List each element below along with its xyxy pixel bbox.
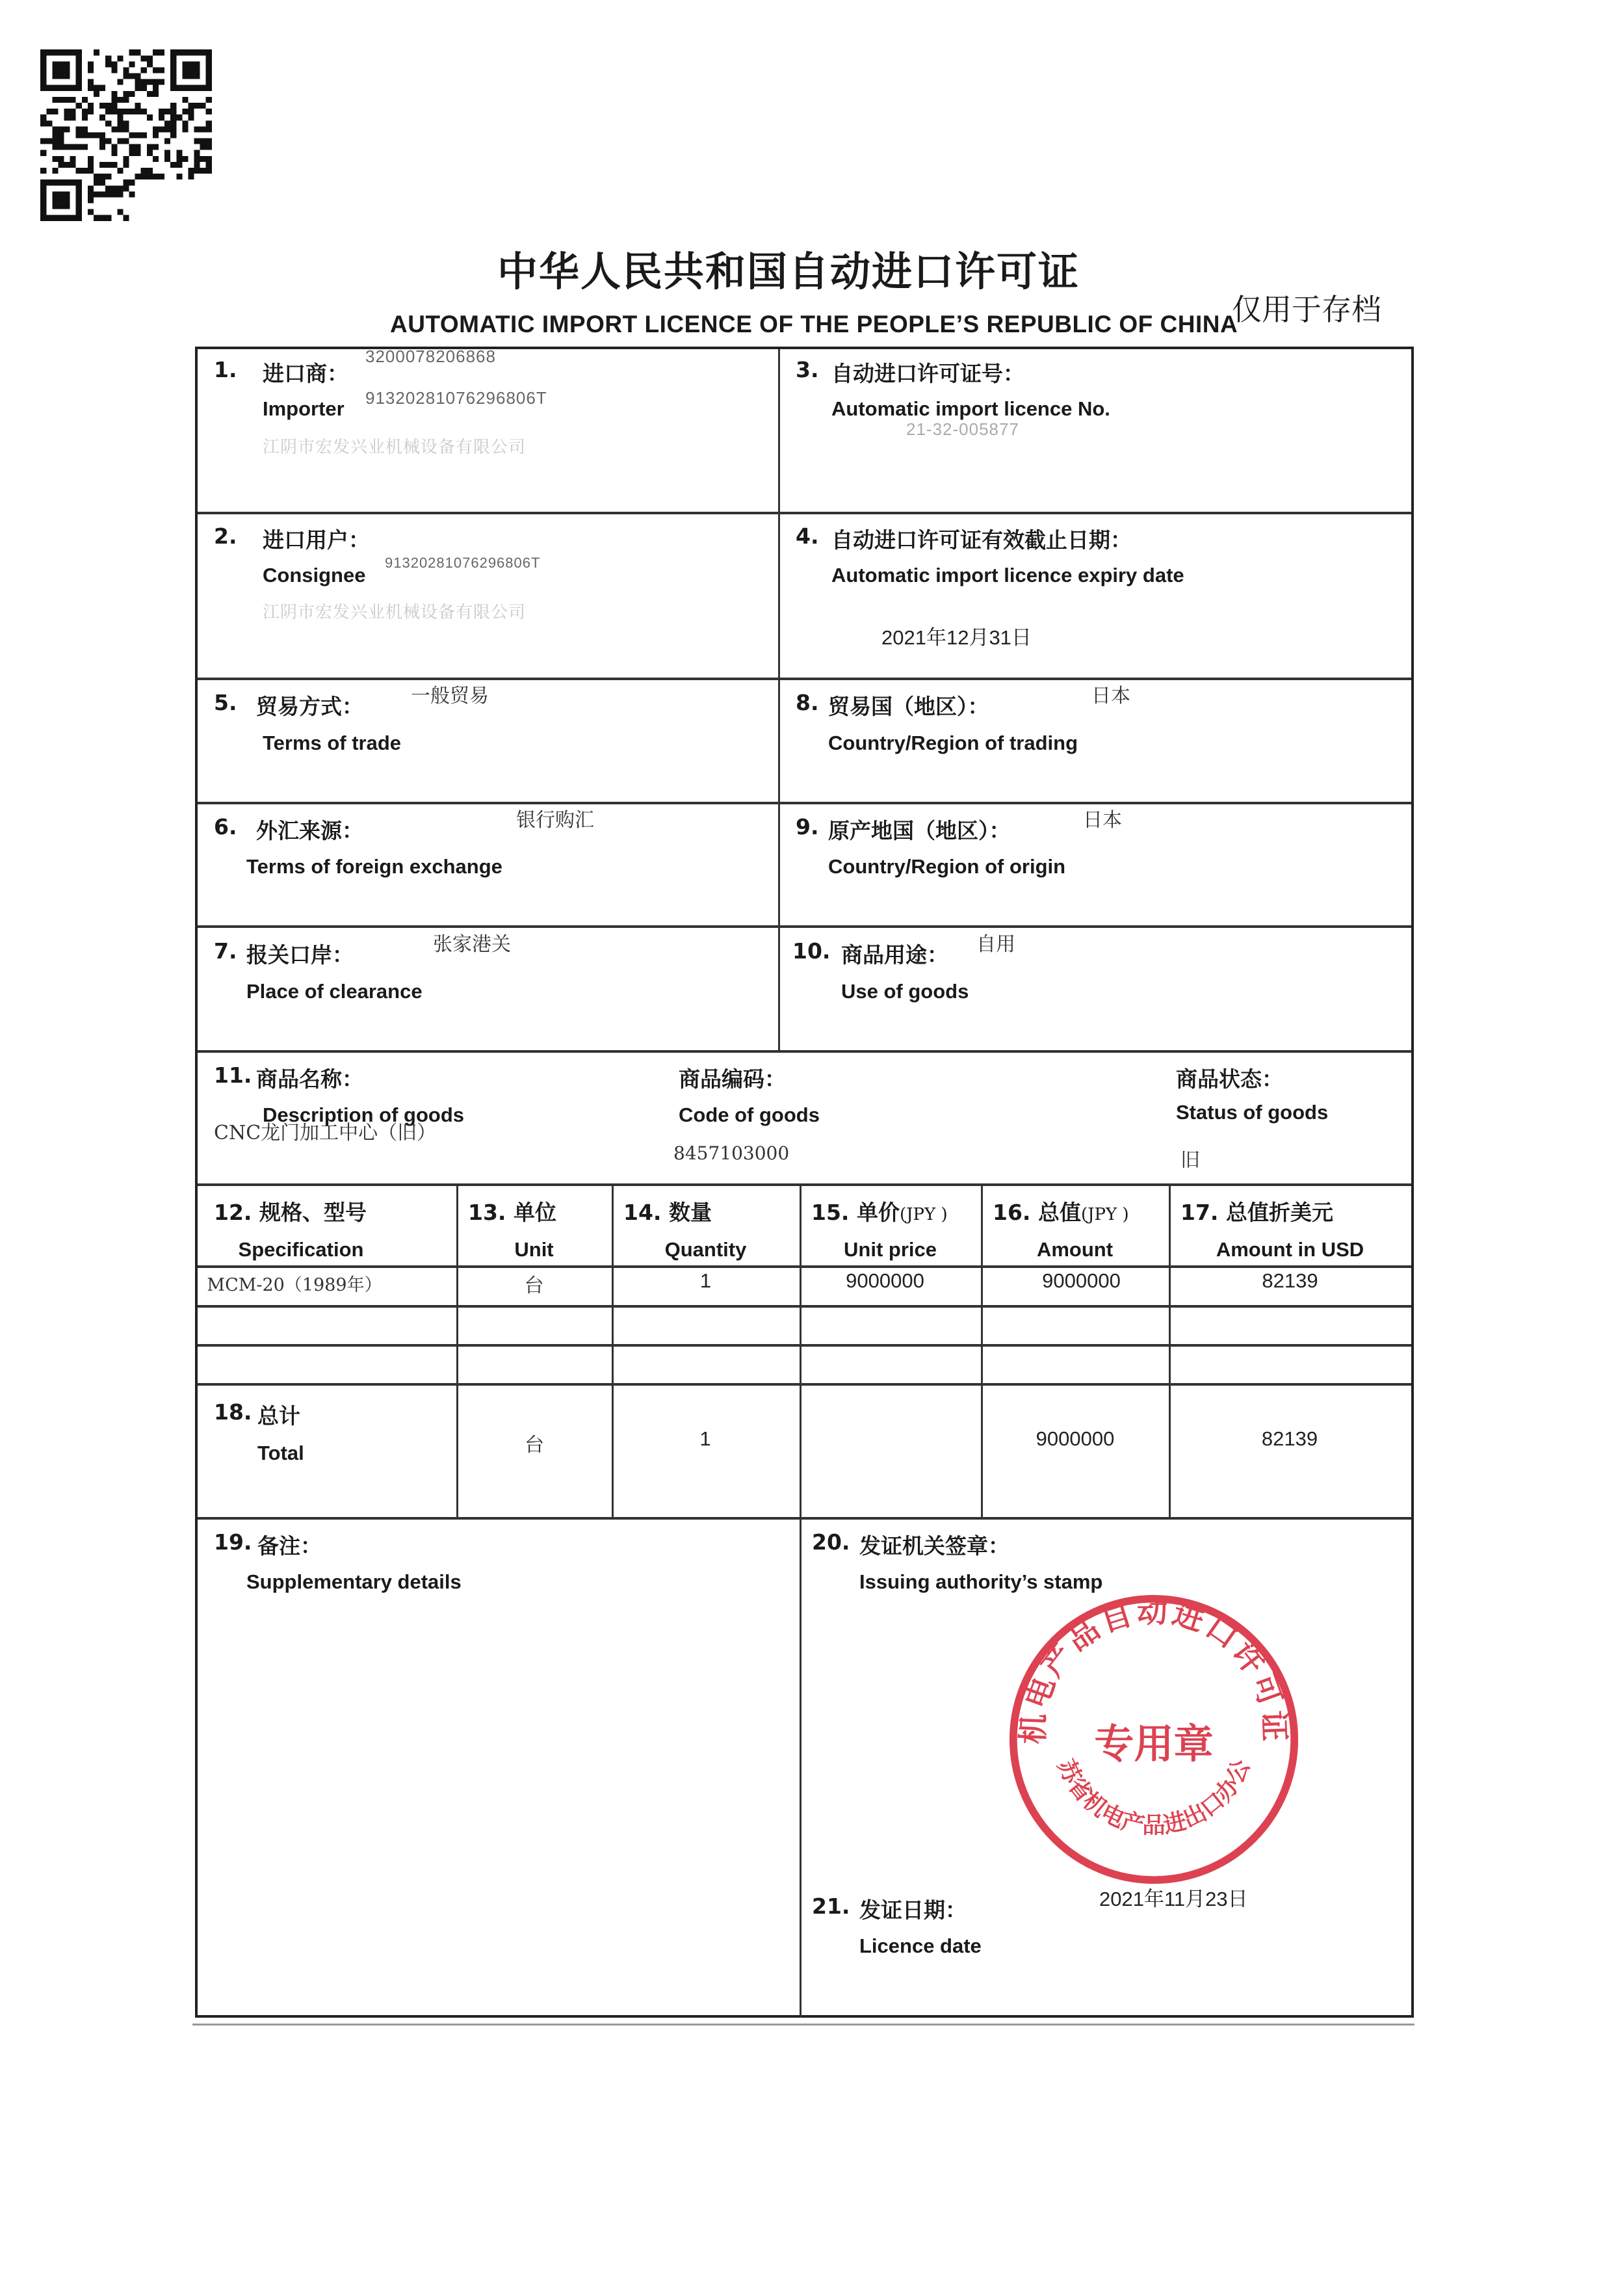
licence-date-label-en: Licence date <box>859 1934 982 1958</box>
field-clearance-value: 张家港关 <box>433 928 511 957</box>
total-label-en: Total <box>257 1442 304 1465</box>
field-licence-no-value: 21-32-005877 <box>906 419 1019 440</box>
table-cell: 9000000 <box>1042 1269 1121 1293</box>
table-header-cn-1: 13. 单位 <box>468 1196 556 1226</box>
field-clearance-label-en: Place of clearance <box>246 980 423 1003</box>
total-amount: 9000000 <box>1036 1427 1115 1451</box>
field-consignee-code: 91320281076296806T <box>385 555 540 572</box>
field-terms-trade-label-cn: 贸易方式： <box>256 690 363 720</box>
table-cell: 82139 <box>1262 1269 1318 1293</box>
field-country-trading-number: 8. <box>796 690 819 715</box>
table-header-cn-2: 14. 数量 <box>623 1196 712 1226</box>
table-header-label-cn: 数量 <box>669 1200 712 1225</box>
field-country-trading-label-en: Country/Region of trading <box>828 732 1078 755</box>
licence-date-label-cn: 发证日期： <box>859 1894 967 1924</box>
field-country-origin-label-en: Country/Region of origin <box>828 855 1065 878</box>
field-licence-no-label-en: Automatic import licence No. <box>831 397 1110 421</box>
field-clearance-label-cn: 报关口岸： <box>246 938 354 969</box>
field-country-origin-number: 9. <box>796 814 819 839</box>
total-quantity: 1 <box>699 1427 710 1451</box>
table-header-cn-0: 12. 规格、型号 <box>214 1196 367 1226</box>
field-expiry-label-en: Automatic import licence expiry date <box>831 564 1184 587</box>
field-licence-no-number: 3. <box>796 357 819 382</box>
table-cell: MCM-20（1989年） <box>207 1271 382 1296</box>
table-header-currency: (JPY ) <box>1081 1205 1129 1224</box>
field-clearance-number: 7. <box>214 938 237 964</box>
field-country-trading-value: 日本 <box>1091 680 1130 708</box>
field-country-origin-label-cn: 原产地国（地区）： <box>828 814 1011 845</box>
field-use-goods-label-cn: 商品用途： <box>841 938 948 969</box>
table-cell: 台 <box>525 1269 544 1298</box>
supplementary-label-cn: 备注： <box>257 1529 322 1560</box>
table-header-label-cn: 总值折美元 <box>1226 1200 1333 1225</box>
field-goods-code-label-cn: 商品编码： <box>679 1062 786 1093</box>
field-terms-trade-value: 一般贸易 <box>411 680 489 708</box>
table-header-en-0: Specification <box>239 1238 364 1261</box>
supplementary-label-en: Supplementary details <box>246 1570 462 1594</box>
field-goods-status-label-en: Status of goods <box>1176 1101 1328 1124</box>
total-amount-usd: 82139 <box>1262 1427 1318 1451</box>
field-use-goods-number: 10. <box>792 938 830 964</box>
field-importer-label-cn: 进口商： <box>263 357 348 388</box>
field-goods-desc-value: CNC龙门加工中心（旧） <box>214 1116 436 1145</box>
table-header-en-3: Unit price <box>844 1238 937 1261</box>
field-consignee-name: 江阴市宏发兴业机械设备有限公司 <box>263 599 526 623</box>
table-header-en-1: Unit <box>514 1238 553 1261</box>
field-fx-label-cn: 外汇来源： <box>256 814 363 845</box>
field-importer-name: 江阴市宏发兴业机械设备有限公司 <box>263 434 526 458</box>
field-consignee-number: 2. <box>214 523 237 549</box>
table-cell: 1 <box>700 1269 711 1293</box>
total-unit: 台 <box>525 1429 544 1457</box>
field-terms-trade-number: 5. <box>214 690 237 715</box>
field-fx-label-en: Terms of foreign exchange <box>246 855 502 878</box>
field-expiry-value: 2021年12月31日 <box>881 621 1032 650</box>
field-fx-value: 银行购汇 <box>516 804 594 832</box>
field-use-goods-label-en: Use of goods <box>841 980 969 1003</box>
field-country-origin-value: 日本 <box>1083 804 1122 832</box>
stamp-label-cn: 发证机关签章： <box>859 1529 1010 1560</box>
table-header-currency: (JPY ) <box>900 1205 948 1224</box>
field-expiry-number: 4. <box>796 523 819 549</box>
field-importer-code: 91320281076296806T <box>365 388 547 408</box>
field-consignee-label-cn: 进口用户： <box>263 523 370 554</box>
supplementary-number: 19. <box>214 1529 252 1555</box>
table-header-number: 15. <box>811 1200 849 1225</box>
field-expiry-label-cn: 自动进口许可证有效截止日期： <box>831 523 1132 554</box>
table-header-label-cn: 总值 <box>1038 1200 1081 1225</box>
bottom-rule <box>192 2024 1414 2025</box>
field-goods-number: 11. <box>214 1062 252 1088</box>
field-importer-code-top: 3200078206868 <box>365 347 496 367</box>
table-header-label-cn: 规格、型号 <box>259 1200 367 1225</box>
table-header-number: 16. <box>993 1200 1030 1225</box>
table-header-cn-4: 16. 总值(JPY ) <box>993 1196 1129 1226</box>
table-header-number: 13. <box>468 1200 506 1225</box>
table-header-en-2: Quantity <box>665 1238 747 1261</box>
table-header-number: 14. <box>623 1200 661 1225</box>
field-licence-no-label-cn: 自动进口许可证号： <box>831 357 1024 388</box>
document-title-en: AUTOMATIC IMPORT LICENCE OF THE PEOPLE’S… <box>390 311 1238 338</box>
table-header-number: 12. <box>214 1200 252 1225</box>
field-goods-status-label-cn: 商品状态： <box>1176 1062 1283 1093</box>
table-header-number: 17. <box>1180 1200 1218 1225</box>
stamp-center-text: 专用章 <box>1094 1721 1213 1767</box>
field-importer-number: 1. <box>214 357 237 382</box>
field-terms-trade-label-en: Terms of trade <box>263 732 401 755</box>
table-header-en-5: Amount in USD <box>1216 1238 1364 1261</box>
table-header-en-4: Amount <box>1037 1238 1113 1261</box>
table-header-label-cn: 单位 <box>514 1200 556 1225</box>
field-goods-status-value: 旧 <box>1180 1144 1200 1172</box>
archive-note: 仅用于存档 <box>1232 286 1381 329</box>
table-cell: 9000000 <box>846 1269 924 1293</box>
stamp-number: 20. <box>812 1529 850 1555</box>
field-goods-desc-label-cn: 商品名称： <box>256 1062 363 1093</box>
table-header-cn-3: 15. 单价(JPY ) <box>811 1196 948 1226</box>
total-number: 18. <box>214 1399 252 1425</box>
field-fx-number: 6. <box>214 814 237 839</box>
field-goods-code-label-en: Code of goods <box>679 1103 820 1127</box>
field-use-goods-value: 自用 <box>976 928 1015 957</box>
official-seal-icon: 机电产品自动进口许可证 江苏省机电产品进出口办公室 专用章 <box>1001 1587 1307 1892</box>
qr-code-icon <box>29 38 224 233</box>
total-label-cn: 总计 <box>257 1399 300 1430</box>
table-header-label-cn: 单价 <box>857 1200 900 1225</box>
field-consignee-label-en: Consignee <box>263 564 365 587</box>
licence-date-number: 21. <box>812 1894 850 1919</box>
field-country-trading-label-cn: 贸易国（地区）： <box>828 690 989 720</box>
field-importer-label-en: Importer <box>263 397 345 421</box>
field-goods-code-value: 8457103000 <box>673 1142 789 1164</box>
table-header-cn-5: 17. 总值折美元 <box>1180 1196 1333 1226</box>
